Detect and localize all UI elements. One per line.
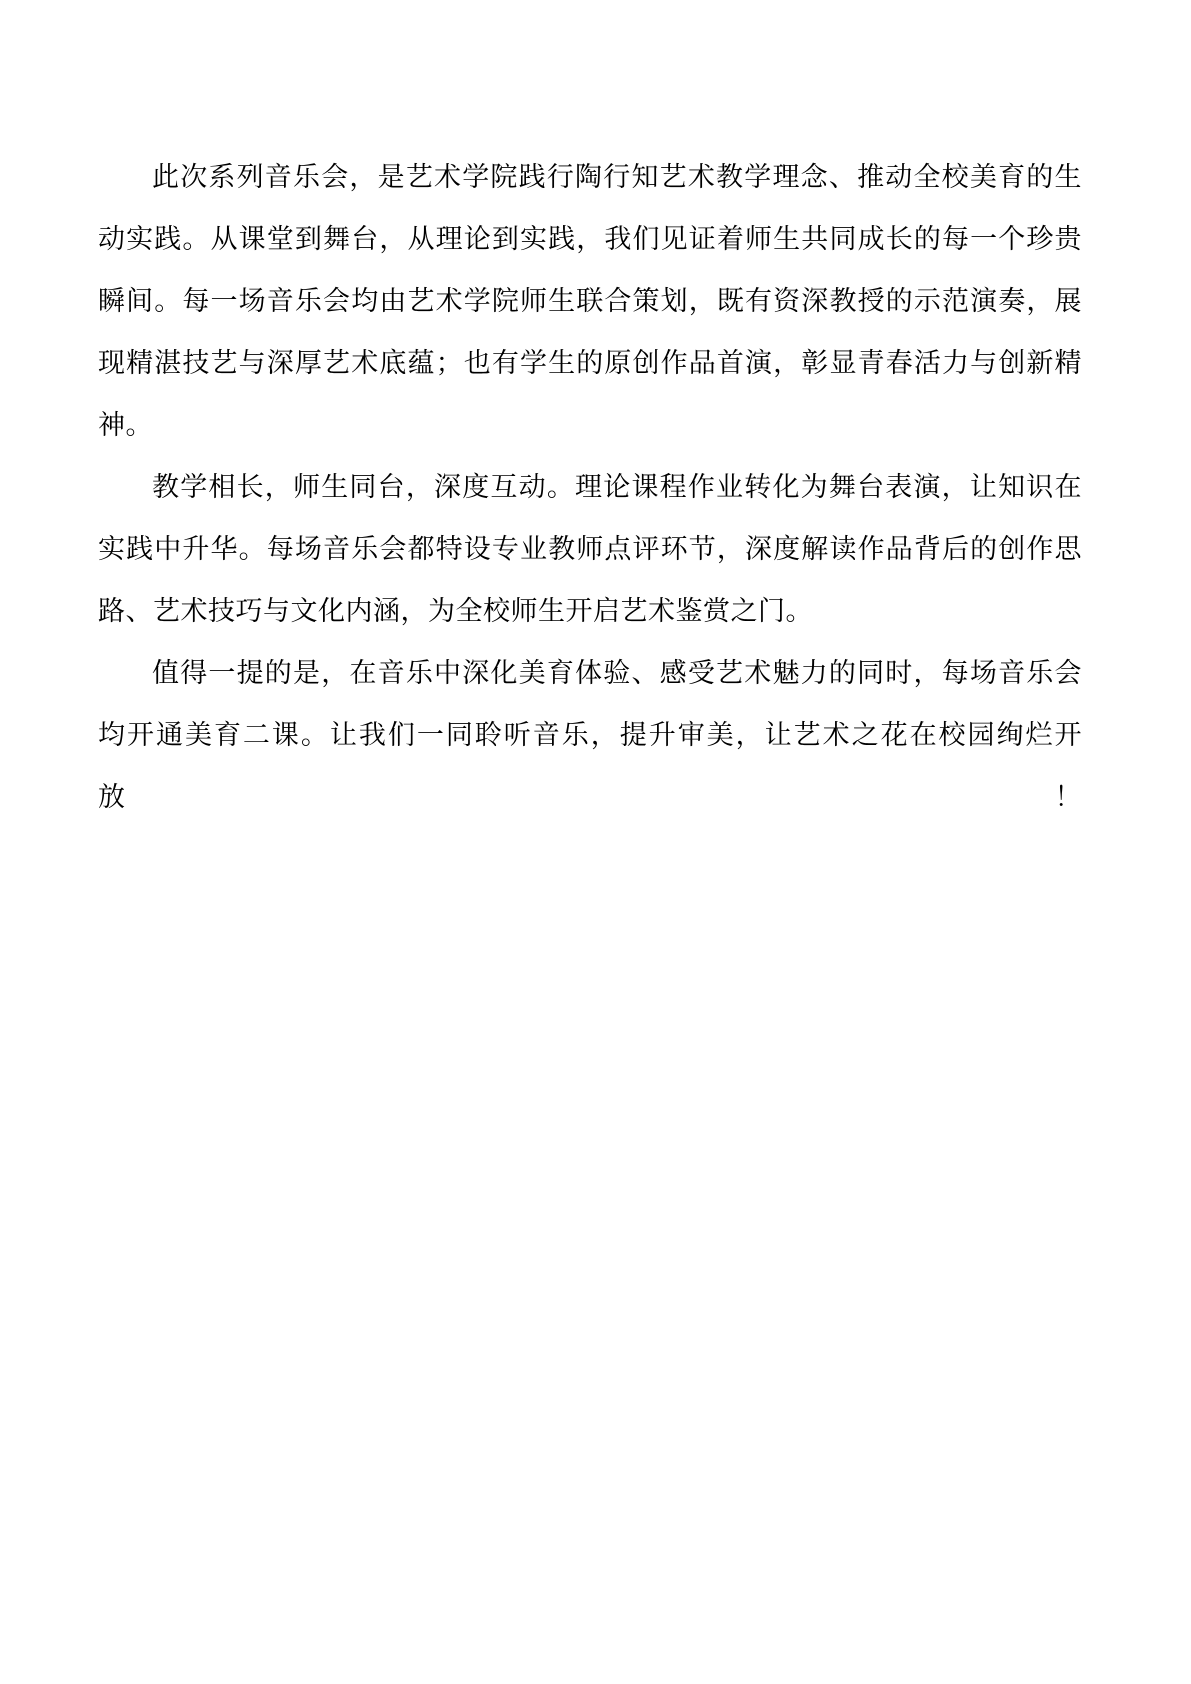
text-line: 教学相长，师生同台，深度互动。理论课程作业转化为舞台表演，让知识在 <box>98 456 1082 518</box>
text-line: 现精湛技艺与深厚艺术底蕴；也有学生的原创作品首演，彰显青春活力与创新精 <box>98 332 1082 394</box>
text-line: 均开通美育二课。让我们一同聆听音乐，提升审美，让艺术之花在校园绚烂开放！ <box>98 704 1082 766</box>
text-line: 神。 <box>98 394 1082 456</box>
text-line: 动实践。从课堂到舞台，从理论到实践，我们见证着师生共同成长的每一个珍贵 <box>98 208 1082 270</box>
text-line: 值得一提的是，在音乐中深化美育体验、感受艺术魅力的同时，每场音乐会 <box>98 642 1082 704</box>
paragraph-3: 值得一提的是，在音乐中深化美育体验、感受艺术魅力的同时，每场音乐会均开通美育二课… <box>98 642 1082 766</box>
text-line: 实践中升华。每场音乐会都特设专业教师点评环节，深度解读作品背后的创作思 <box>98 518 1082 580</box>
text-line: 此次系列音乐会，是艺术学院践行陶行知艺术教学理念、推动全校美育的生 <box>98 146 1082 208</box>
text-line: 瞬间。每一场音乐会均由艺术学院师生联合策划，既有资深教授的示范演奏，展 <box>98 270 1082 332</box>
paragraph-1: 此次系列音乐会，是艺术学院践行陶行知艺术教学理念、推动全校美育的生动实践。从课堂… <box>98 146 1082 456</box>
document-body: 此次系列音乐会，是艺术学院践行陶行知艺术教学理念、推动全校美育的生动实践。从课堂… <box>98 146 1082 766</box>
document-page: 此次系列音乐会，是艺术学院践行陶行知艺术教学理念、推动全校美育的生动实践。从课堂… <box>0 0 1191 1684</box>
paragraph-2: 教学相长，师生同台，深度互动。理论课程作业转化为舞台表演，让知识在实践中升华。每… <box>98 456 1082 642</box>
text-line: 路、艺术技巧与文化内涵，为全校师生开启艺术鉴赏之门。 <box>98 580 1082 642</box>
